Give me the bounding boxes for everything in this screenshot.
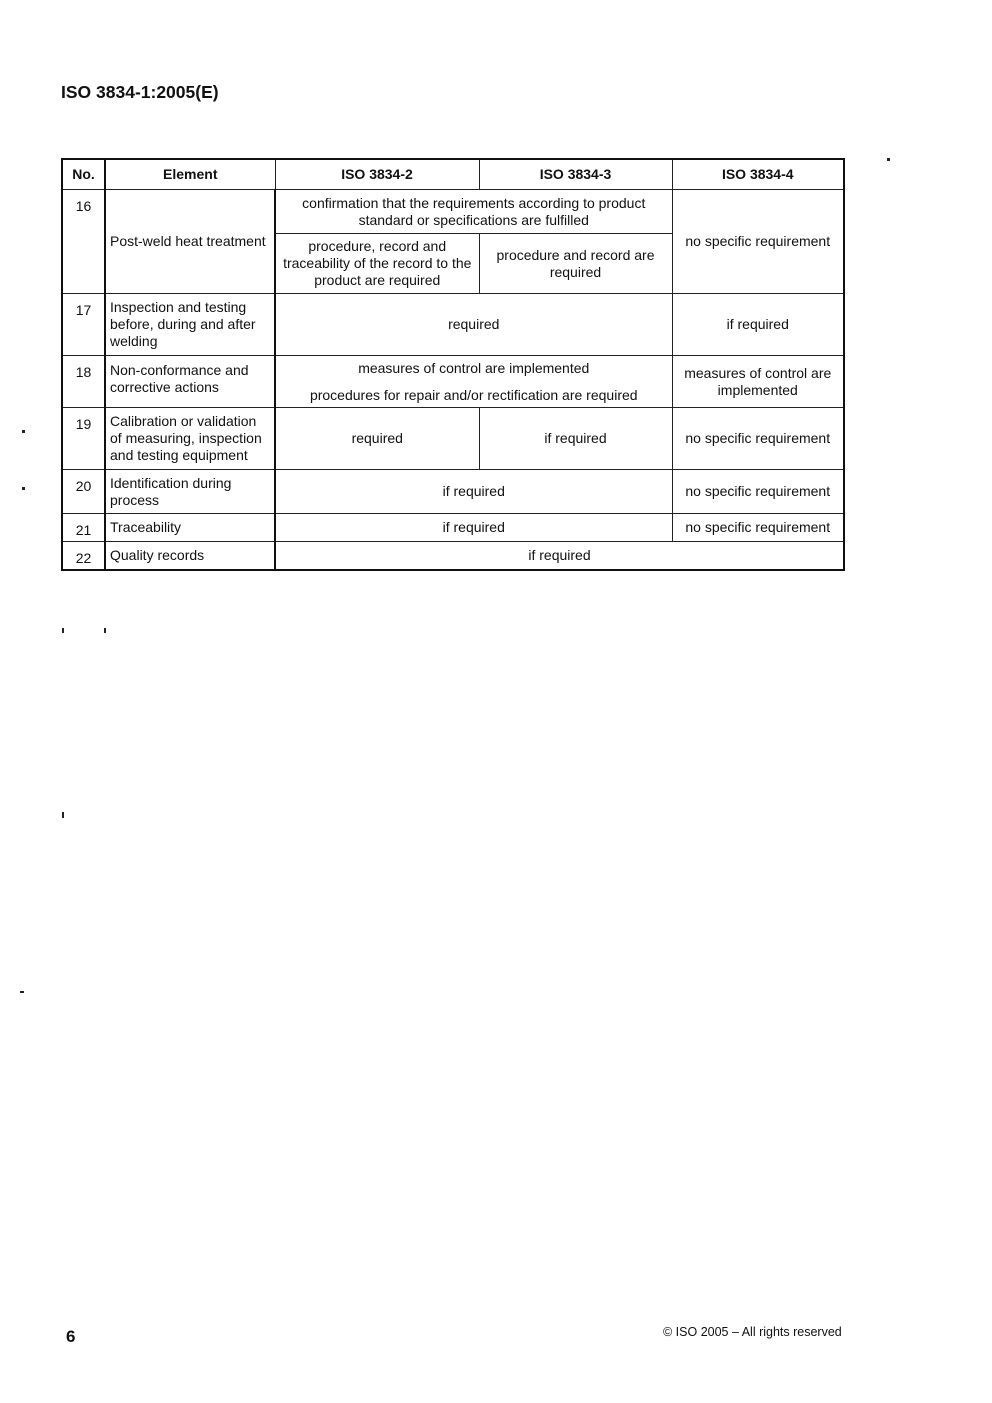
cell-line-2: procedures for repair and/or rectificati… [280, 387, 668, 404]
scan-speck [62, 628, 64, 633]
row-number: 18 [62, 356, 105, 408]
row-element: Inspection and testing before, during an… [105, 294, 275, 356]
scan-speck [22, 430, 25, 433]
cell-line-1: measures of control are implemented [280, 360, 668, 377]
requirements-table: No. Element ISO 3834-2 ISO 3834-3 ISO 38… [61, 158, 845, 571]
table-row: 19 Calibration or validation of measurin… [62, 408, 844, 470]
column-header-iso-3834-4: ISO 3834-4 [672, 159, 844, 190]
cell-iso-3834-2-3: confirmation that the requirements accor… [275, 190, 672, 234]
cell-iso-3834-2-3: measures of control are implemented proc… [275, 356, 672, 408]
row-number: 21 [62, 514, 105, 542]
cell-iso-3834-2: procedure, record and traceability of th… [275, 234, 479, 294]
column-header-iso-3834-3: ISO 3834-3 [479, 159, 672, 190]
table-header-row: No. Element ISO 3834-2 ISO 3834-3 ISO 38… [62, 159, 844, 190]
cell-iso-3834-4: no specific requirement [672, 470, 844, 514]
cell-iso-3834-2-3: required [275, 294, 672, 356]
cell-iso-3834-4: no specific requirement [672, 190, 844, 294]
scan-speck [62, 812, 64, 818]
table-row: 20 Identification during process if requ… [62, 470, 844, 514]
cell-iso-3834-all: if required [275, 542, 844, 571]
scan-speck [22, 487, 25, 490]
row-number: 20 [62, 470, 105, 514]
table-row: 18 Non-conformance and corrective action… [62, 356, 844, 408]
scan-speck [887, 158, 890, 161]
row-element: Non-conformance and corrective actions [105, 356, 275, 408]
cell-iso-3834-2-3: if required [275, 514, 672, 542]
row-number: 19 [62, 408, 105, 470]
row-number: 16 [62, 190, 105, 294]
row-number: 17 [62, 294, 105, 356]
cell-iso-3834-2: required [275, 408, 479, 470]
cell-iso-3834-4: no specific requirement [672, 514, 844, 542]
column-header-iso-3834-2: ISO 3834-2 [275, 159, 479, 190]
table-row: 22 Quality records if required [62, 542, 844, 571]
row-number: 22 [62, 542, 105, 571]
cell-iso-3834-2-3: if required [275, 470, 672, 514]
page-number: 6 [66, 1327, 75, 1347]
cell-iso-3834-4: measures of control are implemented [672, 356, 844, 408]
cell-iso-3834-4: no specific requirement [672, 408, 844, 470]
copyright-notice: © ISO 2005 – All rights reserved [663, 1325, 842, 1339]
column-header-no: No. [62, 159, 105, 190]
document-id: ISO 3834-1:2005(E) [61, 82, 219, 103]
scan-speck [104, 628, 106, 633]
row-element: Identification during process [105, 470, 275, 514]
row-element: Calibration or validation of measuring, … [105, 408, 275, 470]
cell-iso-3834-3: if required [479, 408, 672, 470]
column-header-element: Element [105, 159, 275, 190]
row-element: Traceability [105, 514, 275, 542]
row-element: Quality records [105, 542, 275, 571]
scan-speck [20, 991, 24, 993]
table-row: 17 Inspection and testing before, during… [62, 294, 844, 356]
cell-iso-3834-3: procedure and record are required [479, 234, 672, 294]
row-element: Post-weld heat treatment [105, 190, 275, 294]
table-row: 21 Traceability if required no specific … [62, 514, 844, 542]
cell-iso-3834-4: if required [672, 294, 844, 356]
table-row: 16 Post-weld heat treatment confirmation… [62, 190, 844, 234]
